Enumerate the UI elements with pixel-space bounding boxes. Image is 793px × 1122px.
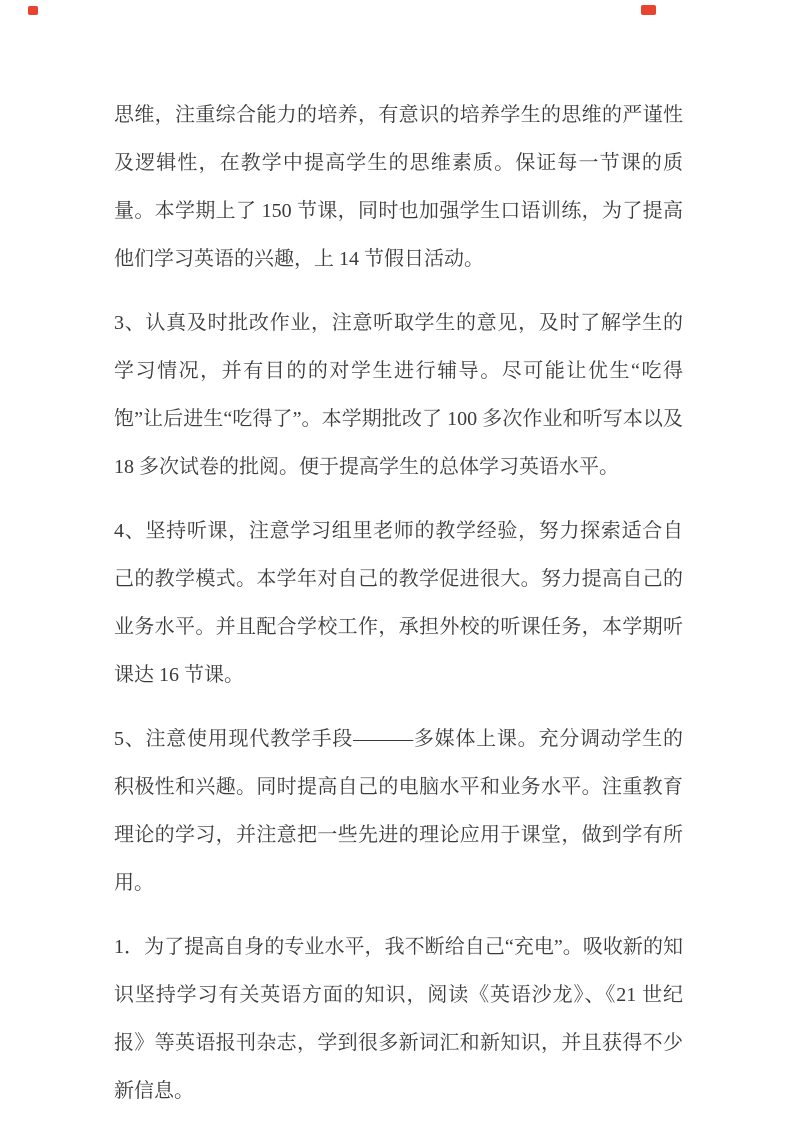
paragraph-professional-development: 1．为了提高自身的专业水平，我不断给自己“充电”。吸收新的知识坚持学习有关英语方…: [114, 923, 683, 1115]
paragraph-lesson-observation: 4、坚持听课，注意学习组里老师的教学经验，努力探索适合自己的教学模式。本学年对自…: [114, 507, 683, 699]
red-badge-icon: [641, 5, 656, 15]
document-page: { "page": { "background_color": "#ffffff…: [0, 0, 793, 1122]
paragraph-homework-correction: 3、认真及时批改作业，注意听取学生的意见，及时了解学生的学习情况，并有目的的对学…: [114, 299, 683, 491]
red-badge-icon: [28, 6, 38, 15]
paragraph-modern-teaching-methods: 5、注意使用现代教学手段———多媒体上课。充分调动学生的积极性和兴趣。同时提高自…: [114, 715, 683, 907]
paragraph-teaching-quality: 思维，注重综合能力的培养，有意识的培养学生的思维的严谨性及逻辑性，在教学中提高学…: [114, 91, 683, 283]
page-body: 思维，注重综合能力的培养，有意识的培养学生的思维的严谨性及逻辑性，在教学中提高学…: [0, 0, 793, 1122]
